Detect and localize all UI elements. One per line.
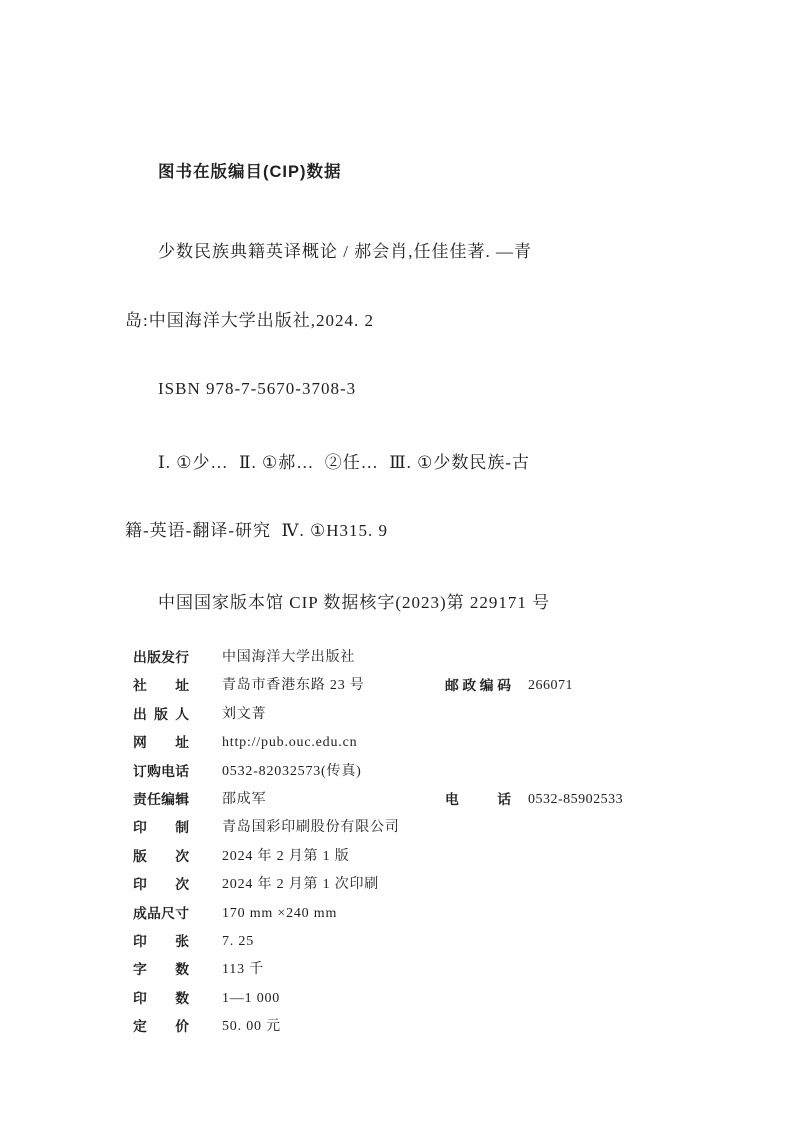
colophon-label: 出版人 xyxy=(133,701,189,729)
colophon-value: 50. 00 元 xyxy=(222,1013,281,1041)
colophon-value-phone: 0532-85902533 xyxy=(528,786,623,814)
colophon-value: 1—1 000 xyxy=(222,985,280,1013)
colophon-value: 2024 年 2 月第 1 版 xyxy=(222,843,350,871)
colophon-row-trim-size: 成品尺寸 170 mm ×240 mm xyxy=(0,900,799,928)
cip-title-line1: 少数民族典籍英译概论 / 郝会肖,任佳佳著. —青 xyxy=(125,238,595,267)
colophon-row-publisher-person: 出版人 刘文菁 xyxy=(0,701,799,729)
colophon-value: 7. 25 xyxy=(222,928,254,956)
colophon-row-price: 定价 50. 00 元 xyxy=(0,1013,799,1041)
colophon-label: 字数 xyxy=(133,956,189,984)
colophon-value-postcode: 266071 xyxy=(528,672,573,700)
colophon-row-address: 社址 青岛市香港东路 23 号 邮政编码 266071 xyxy=(0,672,799,700)
colophon-label: 责任编辑 xyxy=(133,786,189,814)
cip-classification-line2: 籍-英语-翻译-研究 Ⅳ. ①H315. 9 xyxy=(125,517,595,546)
colophon-label: 定价 xyxy=(133,1013,189,1041)
colophon-value: 青岛国彩印刷股份有限公司 xyxy=(222,814,400,842)
colophon-value: 中国海洋大学出版社 xyxy=(222,644,355,672)
colophon-value: 0532-82032573(传真) xyxy=(222,758,362,786)
cip-heading: 图书在版编目(CIP)数据 xyxy=(125,158,595,187)
colophon-label: 成品尺寸 xyxy=(133,900,189,928)
colophon-label: 印次 xyxy=(133,871,189,899)
colophon-row-word-count: 字数 113 千 xyxy=(0,956,799,984)
colophon-value: 113 千 xyxy=(222,956,264,984)
cip-classification-line1: Ⅰ. ①少… Ⅱ. ①郝… ②任… Ⅲ. ①少数民族-古 xyxy=(125,449,595,478)
colophon-label: 版次 xyxy=(133,843,189,871)
colophon-value: 青岛市香港东路 23 号 xyxy=(222,672,365,700)
cip-record-number: 中国国家版本馆 CIP 数据核字(2023)第 229171 号 xyxy=(125,589,595,618)
colophon-row-print-run: 印数 1—1 000 xyxy=(0,985,799,1013)
book-copyright-page: 图书在版编目(CIP)数据 少数民族典籍英译概论 / 郝会肖,任佳佳著. —青 … xyxy=(0,0,799,1129)
colophon-label: 出版发行 xyxy=(133,644,189,672)
colophon-label: 印张 xyxy=(133,928,189,956)
colophon-row-sheets: 印张 7. 25 xyxy=(0,928,799,956)
colophon-value: 170 mm ×240 mm xyxy=(222,900,337,928)
colophon-value: 邵成军 xyxy=(222,786,266,814)
colophon-label: 社址 xyxy=(133,672,189,700)
colophon-row-printer: 印制 青岛国彩印刷股份有限公司 xyxy=(0,814,799,842)
colophon-row-publisher: 出版发行 中国海洋大学出版社 xyxy=(0,644,799,672)
colophon-row-editor: 责任编辑 邵成军 电话 0532-85902533 xyxy=(0,786,799,814)
colophon-row-website: 网址 http://pub.ouc.edu.cn xyxy=(0,729,799,757)
colophon-value: 刘文菁 xyxy=(222,701,266,729)
cip-block: 图书在版编目(CIP)数据 少数民族典籍英译概论 / 郝会肖,任佳佳著. —青 … xyxy=(125,118,595,657)
colophon-row-order-phone: 订购电话 0532-82032573(传真) xyxy=(0,758,799,786)
cip-title-line2: 岛:中国海洋大学出版社,2024. 2 xyxy=(125,307,595,336)
colophon-block: 出版发行 中国海洋大学出版社 社址 青岛市香港东路 23 号 邮政编码 2660… xyxy=(0,644,799,1041)
colophon-value-url: http://pub.ouc.edu.cn xyxy=(222,729,357,757)
colophon-row-impression: 印次 2024 年 2 月第 1 次印刷 xyxy=(0,871,799,899)
colophon-label: 网址 xyxy=(133,729,189,757)
colophon-label-phone: 电话 xyxy=(445,786,511,814)
colophon-label: 订购电话 xyxy=(133,758,189,786)
colophon-label-postcode: 邮政编码 xyxy=(445,672,511,700)
colophon-label: 印制 xyxy=(133,814,189,842)
colophon-label: 印数 xyxy=(133,985,189,1013)
colophon-value: 2024 年 2 月第 1 次印刷 xyxy=(222,871,379,899)
cip-isbn: ISBN 978-7-5670-3708-3 xyxy=(125,375,595,404)
colophon-row-edition: 版次 2024 年 2 月第 1 版 xyxy=(0,843,799,871)
